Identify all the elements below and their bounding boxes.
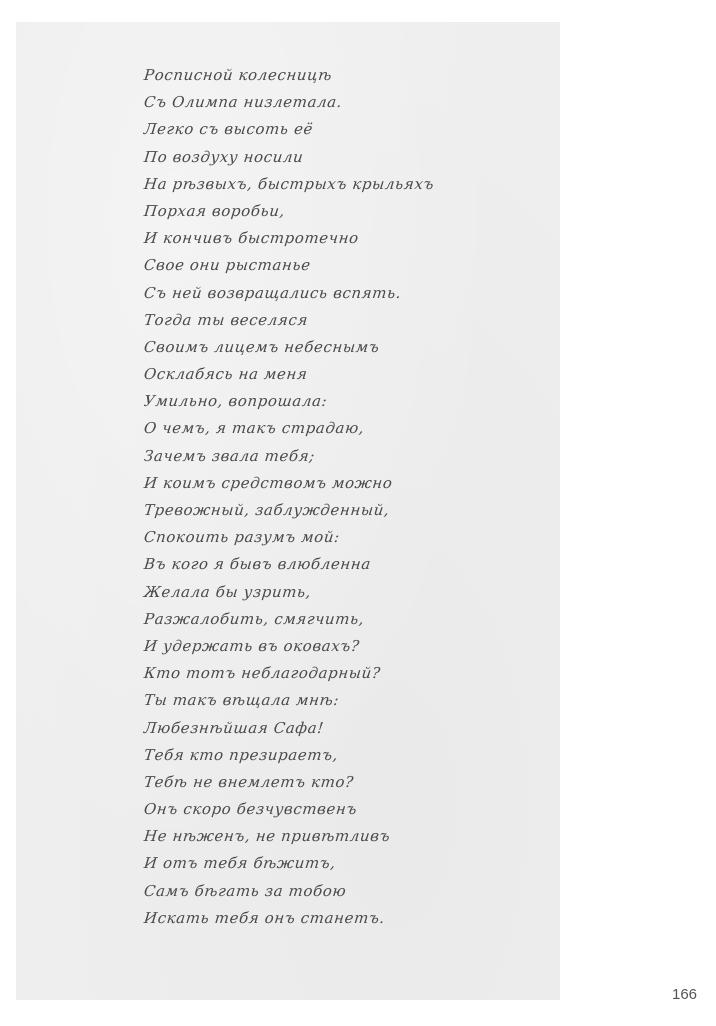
poem-line: Въ кого я бывъ влюбленна bbox=[143, 551, 436, 578]
poem-line: На рѣзвыхъ, быстрыхъ крыльяхъ bbox=[143, 171, 436, 198]
poem-line: И кончивъ быстротечно bbox=[143, 225, 436, 252]
poem-line: Порхая воробьи, bbox=[143, 198, 436, 225]
poem-line: Умильно, вопрошала: bbox=[143, 388, 436, 415]
poem-line: По воздуху носили bbox=[143, 144, 436, 171]
poem-line: И отъ тебя бѣжитъ, bbox=[143, 850, 436, 877]
poem-line: Самъ бѣгать за тобою bbox=[143, 878, 436, 905]
poem-line: И удержать въ оковахъ? bbox=[143, 633, 436, 660]
poem-line: Искать тебя онъ станетъ. bbox=[143, 905, 436, 932]
poem-line: Своимъ лицемъ небеснымъ bbox=[143, 334, 436, 361]
poem-line: Тебѣ не внемлетъ кто? bbox=[143, 769, 436, 796]
poem-line: Зачемъ звала тебя; bbox=[143, 443, 436, 470]
poem-line: Спокоить разумъ мой: bbox=[143, 524, 436, 551]
manuscript-page: Росписной колесницѣ Съ Олимпа низлетала.… bbox=[16, 22, 560, 1000]
poem-line: Осклабясь на меня bbox=[143, 361, 436, 388]
poem-line: Онъ скоро безчувственъ bbox=[143, 796, 436, 823]
page-number: 166 bbox=[672, 986, 697, 1003]
poem-line: Тебя кто презираетъ, bbox=[143, 742, 436, 769]
poem-line: Свое они рыстанье bbox=[143, 252, 436, 279]
poem-line: Любезнѣйшая Сафа! bbox=[143, 715, 436, 742]
poem-line: О чемъ, я такъ страдаю, bbox=[143, 415, 436, 442]
poem-line: И коимъ средствомъ можно bbox=[143, 470, 436, 497]
poem-line: Съ Олимпа низлетала. bbox=[143, 89, 436, 116]
poem-line: Не нѣженъ, не привѣтливъ bbox=[143, 823, 436, 850]
poem-line: Тревожный, заблужденный, bbox=[143, 497, 436, 524]
poem-line: Разжалобить, смягчить, bbox=[143, 606, 436, 633]
poem-line: Желала бы узрить, bbox=[143, 579, 436, 606]
poem-line: Легко съ высоть её bbox=[143, 116, 436, 143]
poem-line: Кто тотъ неблагодарный? bbox=[143, 660, 436, 687]
poem-line: Съ ней возвращались вспять. bbox=[143, 280, 436, 307]
poem-text: Росписной колесницѣ Съ Олимпа низлетала.… bbox=[144, 62, 434, 932]
poem-line: Ты такъ вѣщала мнѣ: bbox=[143, 687, 436, 714]
poem-line: Тогда ты веселяся bbox=[143, 307, 436, 334]
poem-line: Росписной колесницѣ bbox=[143, 62, 436, 89]
